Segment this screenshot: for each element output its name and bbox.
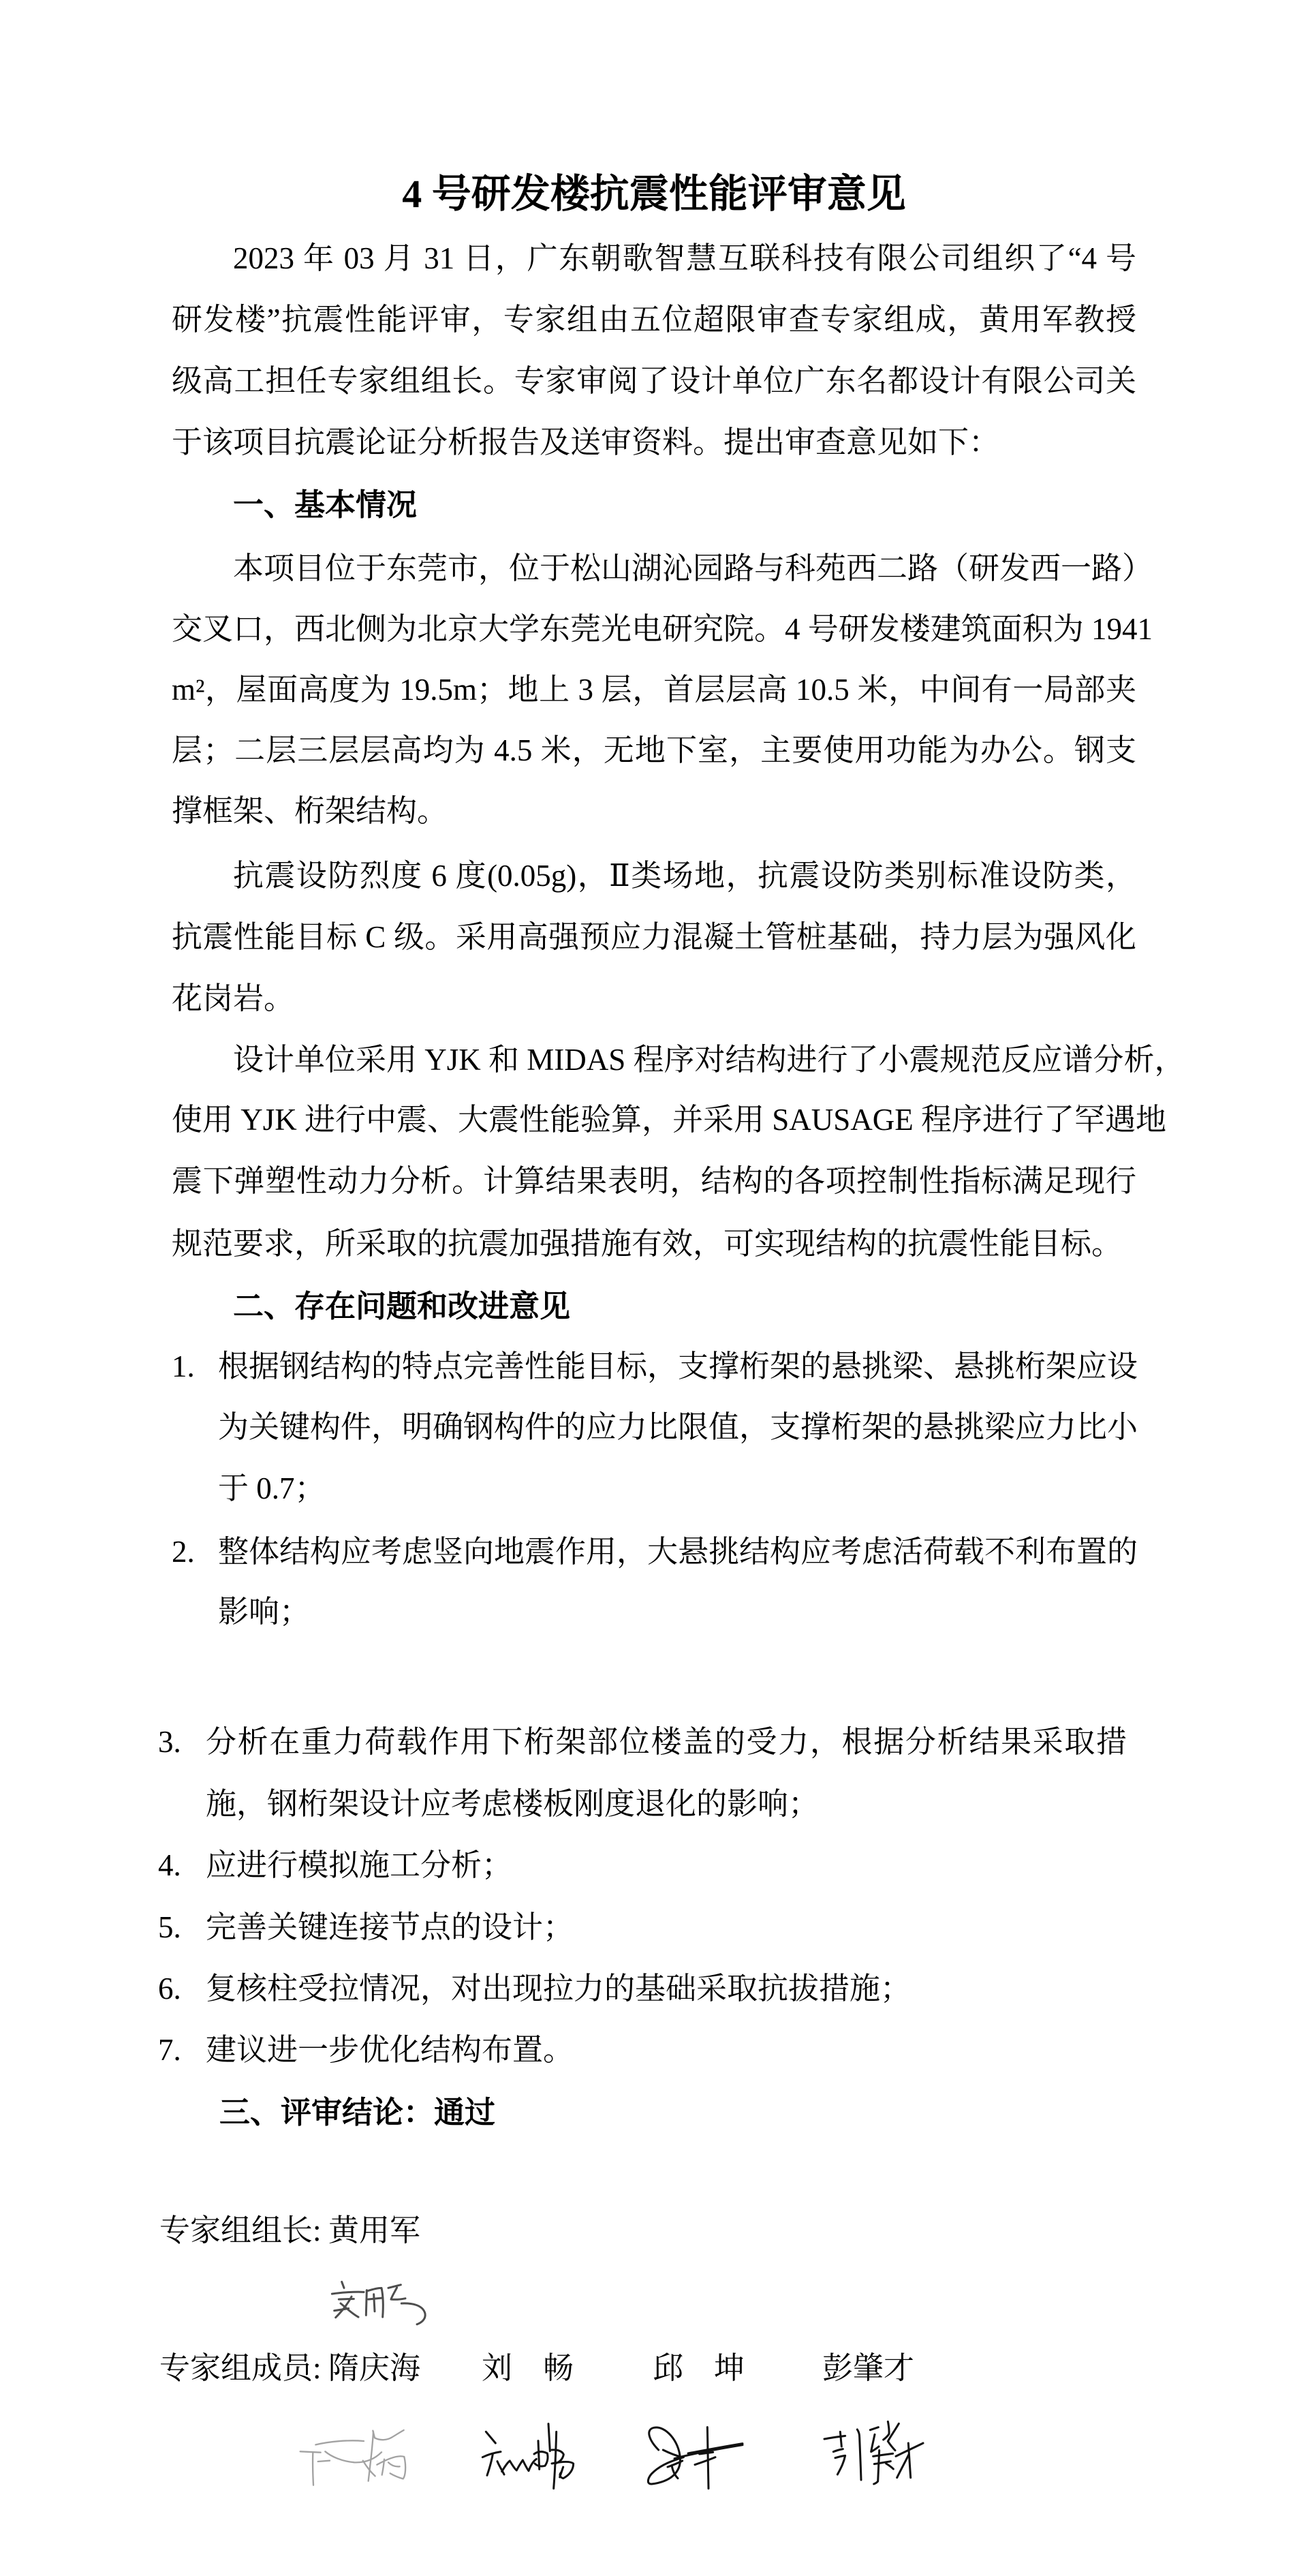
list-item-line: 影响； — [218, 1581, 310, 1642]
list-item-line: 为关键构件，明确钢构件的应力比限值，支撑桁架的悬挑梁应力比小 — [218, 1396, 1136, 1458]
paragraph-line: 层；二层三层层高均为 4.5 米，无地下室，主要使用功能为办公。钢支 — [172, 720, 1136, 781]
leader-label: 专家组组长: — [159, 2200, 322, 2261]
list-item-line: 于 0.7； — [218, 1458, 326, 1519]
list-item-line: 整体结构应考虑竖向地震作用，大悬挑结构应考虑活荷载不利布置的 — [218, 1521, 1136, 1582]
list-item-line: 完善关键连接节点的设计； — [206, 1897, 574, 1958]
list-item-number: 2. — [172, 1521, 213, 1582]
paragraph-line: 于该项目抗震论证分析报告及送审资料。提出审查意见如下： — [172, 412, 999, 473]
paragraph-line: 规范要求，所采取的抗震加强措施有效，可实现结构的抗震性能目标。 — [172, 1213, 1122, 1274]
list-item-line: 建议进一步优化结构布置。 — [206, 2019, 574, 2081]
paragraph-line: 设计单位采用 YJK 和 MIDAS 程序对结构进行了小震规范反应谱分析， — [233, 1029, 1136, 1090]
list-item-line: 根据钢结构的特点完善性能目标，支撑桁架的悬挑梁、悬挑桁架应设 — [218, 1336, 1136, 1397]
signature-members-2-3 — [470, 2409, 756, 2501]
list-item-number: 1. — [172, 1336, 213, 1397]
document-title: 4 号研发楼抗震性能评审意见 — [0, 164, 1308, 225]
list-item-line: 施，钢桁架设计应考虑楼板刚度退化的影响； — [206, 1773, 819, 1835]
paragraph-line: m²，屋面高度为 19.5m；地上 3 层，首层层高 10.5 米，中间有一局部… — [172, 659, 1136, 720]
signature-member-2 — [482, 2424, 573, 2489]
members-label: 专家组成员: — [159, 2337, 322, 2399]
signature-leader — [327, 2276, 436, 2331]
list-item-number: 7. — [158, 2019, 199, 2081]
list-item-number: 4. — [158, 1835, 199, 1896]
paragraph-line: 使用 YJK 进行中震、大震性能验算，并采用 SAUSAGE 程序进行了罕遇地 — [172, 1089, 1136, 1150]
list-item-number: 6. — [158, 1958, 199, 2019]
member-name: 隋庆海 — [328, 2337, 420, 2399]
signature-member-3 — [648, 2427, 743, 2489]
paragraph-line: 交叉口，西北侧为北京大学东莞光电研究院。4 号研发楼建筑面积为 1941 — [172, 598, 1136, 660]
list-item-line: 分析在重力荷载作用下桁架部位楼盖的受力，根据分析结果采取措 — [206, 1711, 1127, 1773]
list-item-line: 复核柱受拉情况，对出现拉力的基础采取抗拔措施； — [206, 1958, 911, 2019]
paragraph-line: 研发楼”抗震性能评审，专家组由五位超限审查专家组成，黄用军教授 — [172, 289, 1136, 350]
leader-name: 黄用军 — [328, 2200, 420, 2261]
section-heading: 二、存在问题和改进意见 — [233, 1276, 570, 1337]
paragraph-line: 花岗岩。 — [172, 968, 294, 1029]
member-name: 邱 坤 — [653, 2337, 745, 2399]
member-name: 彭肇才 — [822, 2337, 914, 2399]
list-item-number: 5. — [158, 1897, 199, 1958]
list-item-line: 应进行模拟施工分析； — [206, 1835, 512, 1896]
section-heading-conclusion: 三、评审结论：通过 — [219, 2082, 495, 2143]
section-heading: 一、基本情况 — [233, 474, 417, 536]
signature-member-4 — [811, 2409, 940, 2501]
member-name: 刘 畅 — [482, 2337, 574, 2399]
paragraph-line: 级高工担任专家组组长。专家审阅了设计单位广东名都设计有限公司关 — [172, 350, 1136, 412]
signature-member-1 — [293, 2419, 422, 2494]
document-page: 4 号研发楼抗震性能评审意见 2023 年 03 月 31 日，广东朝歌智慧互联… — [0, 0, 1308, 2576]
list-item-number: 3. — [158, 1711, 199, 1773]
paragraph-line: 震下弹塑性动力分析。计算结果表明，结构的各项控制性指标满足现行 — [172, 1150, 1136, 1212]
paragraph-line: 抗震性能目标 C 级。采用高强预应力混凝土管桩基础，持力层为强风化 — [172, 906, 1136, 968]
paragraph-line: 2023 年 03 月 31 日，广东朝歌智慧互联科技有限公司组织了“4 号 — [233, 228, 1136, 289]
paragraph-line: 本项目位于东莞市，位于松山湖沁园路与科苑西二路（研发西一路） — [233, 538, 1136, 599]
paragraph-line: 撑框架、桁架结构。 — [172, 780, 448, 842]
paragraph-line: 抗震设防烈度 6 度(0.05g)，Ⅱ类场地，抗震设防类别标准设防类， — [233, 845, 1136, 906]
